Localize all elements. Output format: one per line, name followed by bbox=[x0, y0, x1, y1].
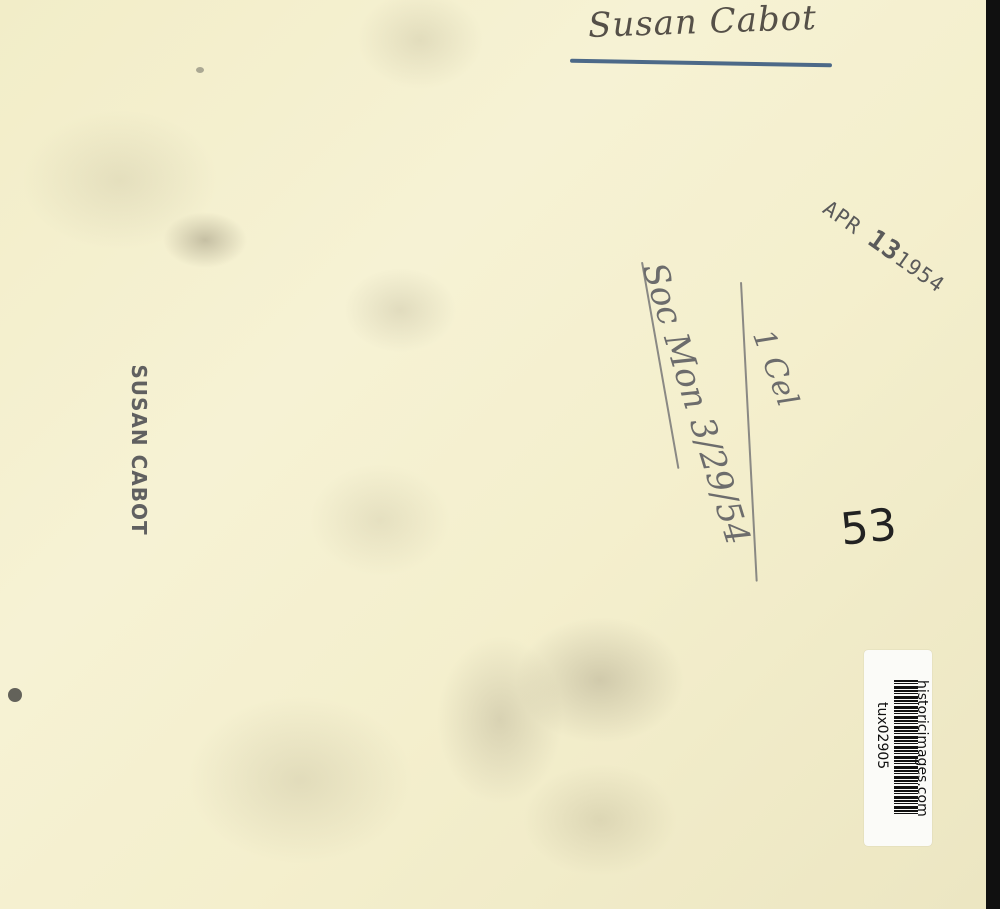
stamp-month: APR bbox=[819, 196, 866, 239]
ink-spot bbox=[196, 67, 204, 73]
pencil-note-date: Soc Mon 3/29/54 bbox=[634, 258, 758, 550]
label-site: historicimages.com bbox=[914, 680, 930, 817]
archive-barcode-label: historicimages.com tux02905 bbox=[864, 650, 932, 846]
pencil-note-count: 1 Cel bbox=[745, 325, 805, 411]
date-stamp: APR 131954 bbox=[817, 193, 951, 299]
name-stamp: SUSAN CABOT bbox=[127, 364, 151, 535]
ink-spot bbox=[8, 688, 22, 702]
signature-underline bbox=[570, 59, 832, 68]
signature: Susan Cabot bbox=[587, 0, 817, 46]
scan-border bbox=[986, 0, 1000, 909]
stamp-year: 1954 bbox=[891, 246, 949, 297]
photo-back-paper: Susan Cabot APR 131954 SUSAN CABOT Soc M… bbox=[0, 0, 988, 909]
pencil-note-code: 53 bbox=[838, 499, 899, 556]
label-item-code: tux02905 bbox=[874, 702, 890, 769]
